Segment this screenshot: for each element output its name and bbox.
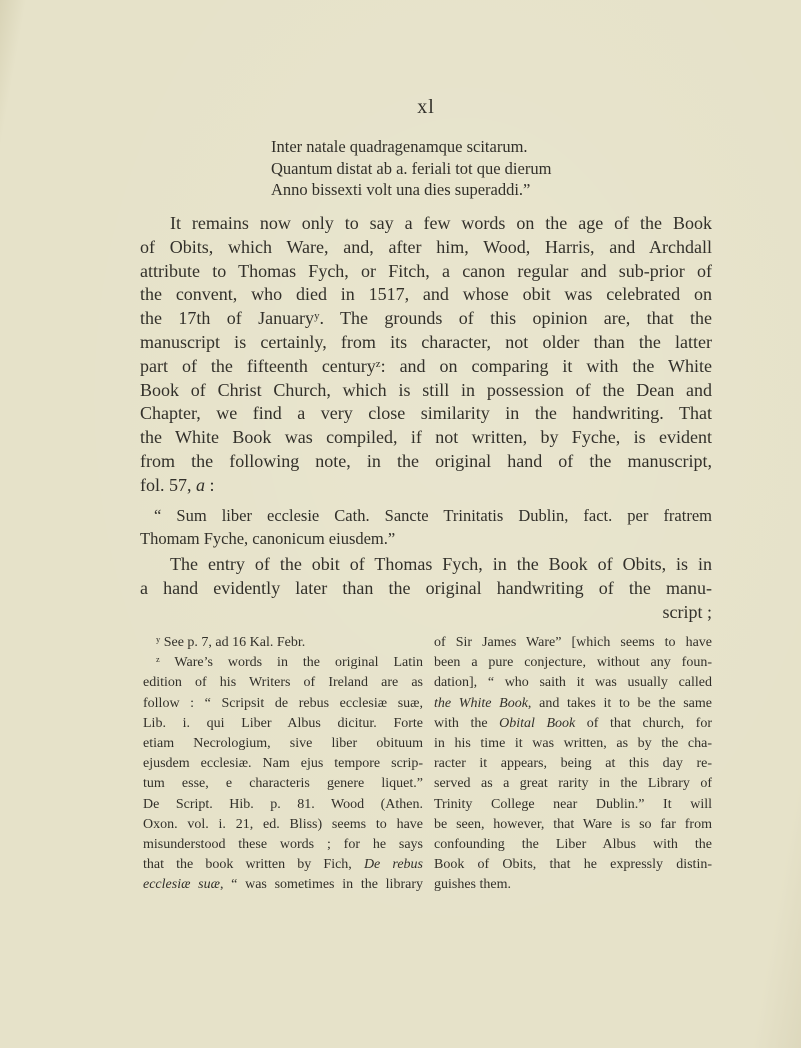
text-line: that the book written by Fich, De rebus — [143, 855, 423, 875]
text-line: with the Obital Book of that church, for — [434, 714, 712, 734]
text-line: Lib. i. qui Liber Albus dicitur. Forte — [143, 714, 423, 734]
text-line: Quantum distat ab a. feriali tot que die… — [271, 158, 671, 180]
text-line: Chapter, we find a very close similarity… — [140, 402, 712, 426]
text-line: tum esse, e characteris genere liquet.” — [143, 774, 423, 794]
text-line: attribute to Thomas Fych, or Fitch, a ca… — [140, 260, 712, 284]
text-line: The entry of the obit of Thomas Fych, in… — [140, 553, 712, 577]
text-line: of Obits, which Ware, and, after him, Wo… — [140, 236, 712, 260]
text-line: It remains now only to say a few words o… — [140, 212, 712, 236]
latin-verse: Inter natale quadragenamque scitarum.Qua… — [271, 136, 671, 201]
text-line: served as a great rarity in the Library … — [434, 774, 712, 794]
text-line: z Ware’s words in the original Latin — [143, 653, 423, 673]
text-line: Thomam Fyche, canonicum eiusdem.” — [140, 528, 712, 551]
footnote-column-left: y See p. 7, ad 16 Kal. Febr.z Ware’s wor… — [143, 633, 423, 895]
page-number: xl — [140, 96, 712, 119]
main-paragraph: It remains now only to say a few words o… — [140, 212, 712, 498]
text-line: Book of Christ Church, which is still in… — [140, 379, 712, 403]
text-line: of Sir James Ware” [which seems to have — [434, 633, 712, 653]
text-line: the White Book, and takes it to be the s… — [434, 694, 712, 714]
text-line: the 17th of Januaryy. The grounds of thi… — [140, 307, 712, 331]
text-line: misunderstood these words ; for he says — [143, 835, 423, 855]
text-line: in his time it was written, as by the ch… — [434, 734, 712, 754]
text-line: “ Sum liber ecclesie Cath. Sancte Trinit… — [140, 505, 712, 528]
text-line: Inter natale quadragenamque scitarum. — [271, 136, 671, 158]
text-line: manuscript is certainly, from its charac… — [140, 331, 712, 355]
text-line: part of the fifteenth centuryz: and on c… — [140, 355, 712, 379]
text-line: edition of his Writers of Ireland are as — [143, 673, 423, 693]
text-line: etiam Necrologium, sive liber obituum — [143, 734, 423, 754]
text-line: been a pure conjecture, without any foun… — [434, 653, 712, 673]
text-line: Book of Obits, that he expressly distin- — [434, 855, 712, 875]
book-page: xl Inter natale quadragenamque scitarum.… — [0, 0, 801, 1048]
text-line: guishes them. — [434, 875, 712, 895]
text-line: a hand evidently later than the original… — [140, 577, 712, 601]
text-line: the convent, who died in 1517, and whose… — [140, 283, 712, 307]
text-line: y See p. 7, ad 16 Kal. Febr. — [143, 633, 423, 653]
footnote-column-right: of Sir James Ware” [which seems to haveb… — [434, 633, 712, 895]
text-line: follow : “ Scripsit de rebus ecclesiæ su… — [143, 694, 423, 714]
text-line: De Script. Hib. p. 81. Wood (Athen. — [143, 795, 423, 815]
text-line: dation], “ who saith it was usually call… — [434, 673, 712, 693]
text-line: confounding the Liber Albus with the — [434, 835, 712, 855]
text-line: ecclesiæ suæ, “ was sometimes in the lib… — [143, 875, 423, 895]
text-line: Oxon. vol. i. 21, ed. Bliss) seems to ha… — [143, 815, 423, 835]
text-line: be seen, however, that Ware is so far fr… — [434, 815, 712, 835]
text-line: the White Book was compiled, if not writ… — [140, 426, 712, 450]
latin-quote: “ Sum liber ecclesie Cath. Sancte Trinit… — [140, 505, 712, 550]
text-line: racter it appears, being at this day re- — [434, 754, 712, 774]
closing-paragraph: The entry of the obit of Thomas Fych, in… — [140, 553, 712, 624]
text-line: script ; — [140, 601, 712, 625]
text-line: ejusdem ecclesiæ. Nam ejus tempore scrip… — [143, 754, 423, 774]
text-line: from the following note, in the original… — [140, 450, 712, 474]
text-line: Trinity College near Dublin.” It will — [434, 795, 712, 815]
text-line: Anno bissexti volt una dies superaddi.” — [271, 179, 671, 201]
text-line: fol. 57, a : — [140, 474, 712, 498]
